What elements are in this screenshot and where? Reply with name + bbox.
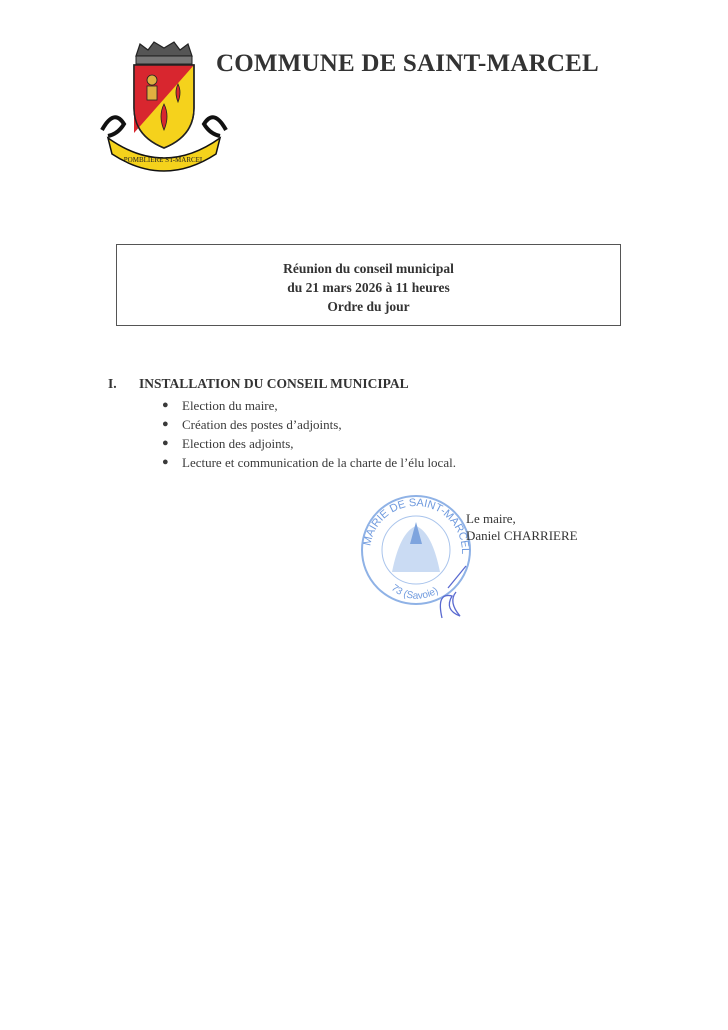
svg-text:73 (Savoie): 73 (Savoie) [389,583,440,602]
list-item: ●Lecture et communication de la charte d… [108,453,456,472]
signatory-name: Daniel CHARRIERE [466,527,578,544]
agenda-label: Ordre du jour [117,297,620,316]
agenda-items: ●Election du maire, ●Création des postes… [108,396,456,472]
meeting-date: du 21 mars 2026 à 11 heures [117,278,620,297]
list-item: ●Election du maire, [108,396,456,415]
signature-block: Le maire, Daniel CHARRIERE [466,510,578,544]
official-stamp-icon: MAIRIE DE SAINT-MARCEL 73 (Savoie) [356,492,478,624]
list-item: ●Création des postes d’adjoints, [108,415,456,434]
svg-text:POMBLIERE ST-MARCEL: POMBLIERE ST-MARCEL [124,156,204,164]
bullet-icon: ● [162,415,169,434]
list-item: ●Election des adjoints, [108,434,456,453]
meeting-info-box: Réunion du conseil municipal du 21 mars … [116,244,621,326]
bullet-icon: ● [162,396,169,415]
document-page: POMBLIERE ST-MARCEL COMMUNE DE SAINT-MAR… [0,0,728,1030]
signatory-role: Le maire, [466,510,578,527]
section-title: INSTALLATION DU CONSEIL MUNICIPAL [139,376,409,391]
bullet-icon: ● [162,434,169,453]
section-number: I. [108,376,139,392]
agenda-section: I.INSTALLATION DU CONSEIL MUNICIPAL ●Ele… [108,376,456,472]
meeting-title: Réunion du conseil municipal [117,259,620,278]
section-heading: I.INSTALLATION DU CONSEIL MUNICIPAL [108,376,456,392]
bullet-icon: ● [162,453,169,472]
page-title: COMMUNE DE SAINT-MARCEL [216,50,599,78]
coat-of-arms-icon: POMBLIERE ST-MARCEL [94,38,234,174]
